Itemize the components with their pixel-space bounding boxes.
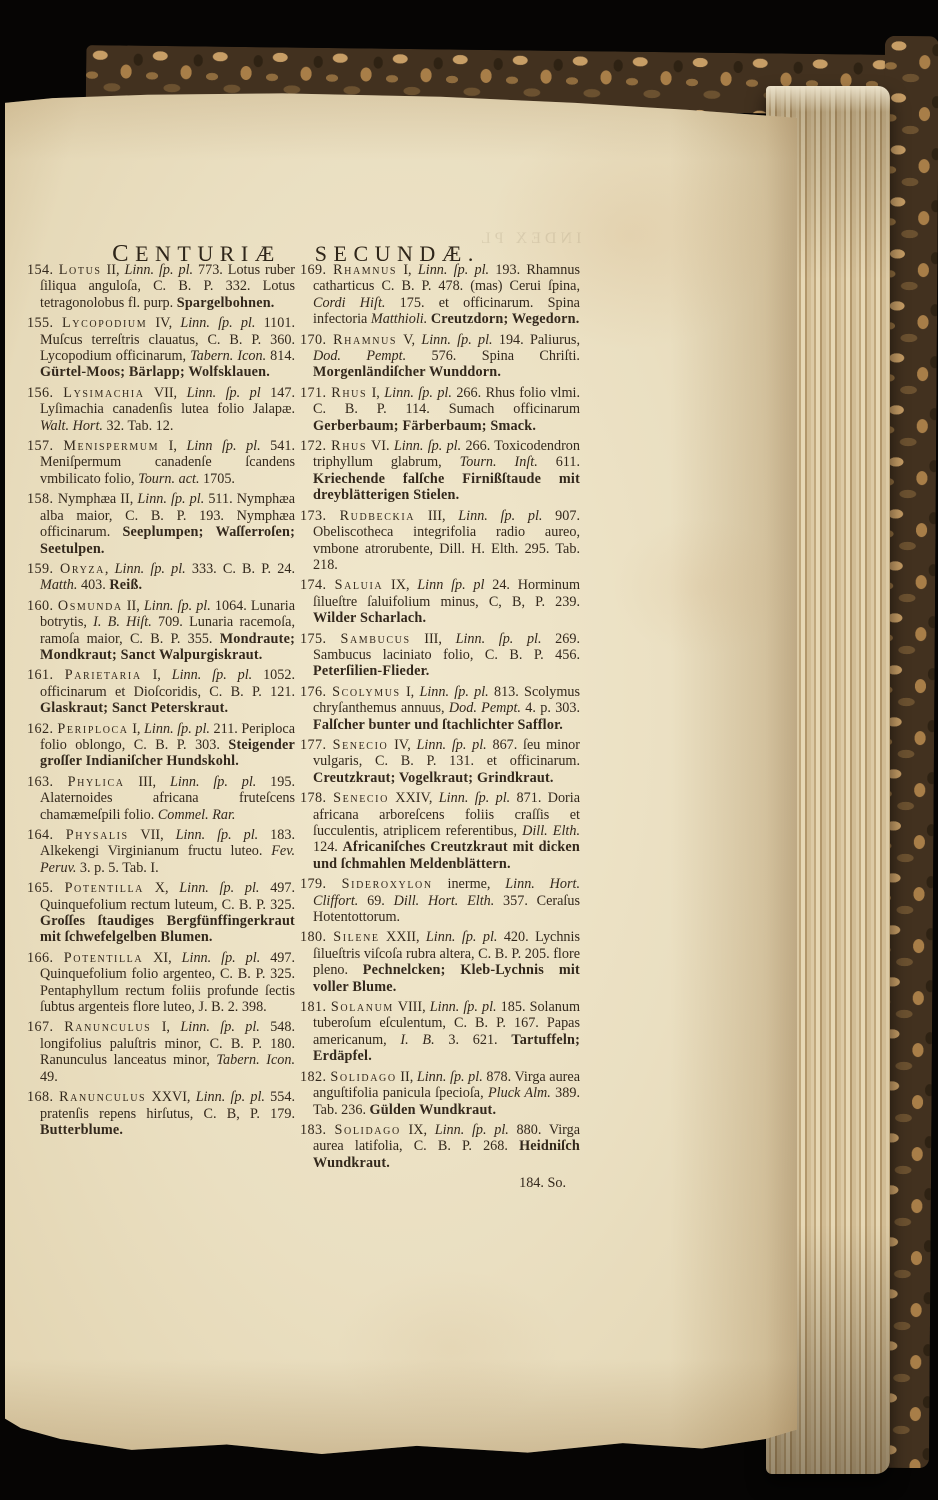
entry-text: XI, (143, 950, 181, 966)
entry-text: Linn. ſp. pl. (439, 790, 510, 806)
entry-text: Scolymus (332, 684, 401, 700)
entry-text: I, (129, 721, 144, 737)
entry-text: Potentilla (65, 880, 144, 896)
entry-text: Tabern. Icon. (216, 1052, 295, 1068)
entry-text: I, (142, 667, 172, 683)
entry-number: 175. (300, 631, 340, 647)
index-entry: 167. Ranunculus I, Linn. ſp. pl. 548. lo… (27, 1019, 295, 1085)
entry-text: Linn. ſp. pl. (419, 684, 488, 700)
entry-number: 178. (300, 790, 333, 806)
left-column: 154. Lotus II, Linn. ſp. pl. 773. Lotus … (27, 262, 295, 1142)
entry-text: Creutzdorn; Wegedorn. (431, 311, 580, 327)
entry-number: 177. (300, 737, 333, 753)
entry-number: 179. (300, 876, 342, 892)
entry-text: Lotus (59, 262, 102, 278)
entry-text: II, (123, 598, 144, 614)
entry-text: Tabern. Icon. (190, 348, 266, 364)
entry-text: Senecio (333, 790, 389, 806)
entry-text: 814. (266, 348, 295, 364)
entry-text: XXIV, (389, 790, 439, 806)
entry-text: Ranunculus (64, 1019, 151, 1035)
entry-text: 333. C. B. P. 24. (186, 561, 295, 577)
index-entry: 168. Ranunculus XXVI, Linn. ſp. pl. 554.… (27, 1089, 295, 1138)
entry-text: Lycopodium (62, 315, 147, 331)
entry-text: Linn. ſp. pl. (124, 262, 193, 278)
entry-text: I, (401, 684, 420, 700)
entry-text: Menispermum (63, 438, 159, 454)
entry-text: Linn. ſp. pl. (172, 667, 252, 683)
entry-text: Linn ſp. pl (417, 577, 484, 593)
entry-number: 155. (27, 315, 62, 331)
entry-number: 154. (27, 262, 59, 278)
entry-text: 49. (40, 1069, 58, 1085)
page-stain (605, 512, 795, 662)
entry-text: I, (367, 385, 384, 401)
entry-text: IV, (147, 315, 180, 331)
entry-number: 160. (27, 598, 58, 614)
index-entry: 156. Lysimachia VII, Linn. ſp. pl 147. L… (27, 385, 295, 434)
entry-text: 611. (538, 454, 580, 470)
entry-text: Linn. ſp. pl. (179, 880, 259, 896)
entry-text: Matth. (40, 577, 77, 593)
right-column: 169. Rhamnus I, Linn. ſp. pl. 193. Rhamn… (300, 262, 580, 1192)
entry-text: Wilder Scharlach. (313, 610, 426, 626)
entry-text: Oryza (60, 561, 105, 577)
entry-text: Linn. ſp. pl. (384, 385, 452, 401)
index-entry: 162. Periploca I, Linn. ſp. pl. 211. Per… (27, 721, 295, 770)
entry-text: inerme, (433, 876, 506, 892)
index-entry: 179. Sideroxylon inerme, Linn. Hort. Cli… (300, 876, 580, 925)
entry-text: Rhus (331, 438, 367, 454)
entry-text: III, (125, 774, 170, 790)
entry-text: Butterblume. (40, 1122, 123, 1138)
entry-text: Parietaria (65, 667, 142, 683)
entry-text: Walt. Hort. (40, 418, 103, 434)
entry-number: 176. (300, 684, 332, 700)
entry-number: 183. (300, 1122, 335, 1138)
entry-text: VII, (145, 385, 187, 401)
entry-text: 403. (77, 577, 109, 593)
entry-text: Linn. ſp. pl. (421, 332, 492, 348)
entry-number: 162. (27, 721, 57, 737)
index-entry: 159. Oryza, Linn. ſp. pl. 333. C. B. P. … (27, 561, 295, 594)
entry-text: Linn. ſp. pl. (144, 598, 211, 614)
entry-number: 173. (300, 508, 340, 524)
entry-text: Linn. ſp. pl. (180, 315, 255, 331)
entry-number: 163. (27, 774, 68, 790)
entry-text: Linn ſp. pl. (186, 438, 260, 454)
entry-text: Solanum (331, 999, 394, 1015)
entry-text: Solidago (330, 1069, 396, 1085)
entry-text: I, (397, 262, 418, 278)
entry-text: Linn. ſp. pl. (426, 929, 498, 945)
entry-text: Linn. ſp. pl. (180, 1019, 259, 1035)
entry-text: Linn. ſp. pl. (170, 774, 256, 790)
entry-text: X, (144, 880, 179, 896)
entry-text: Phylica (68, 774, 125, 790)
entry-text: Glaskraut; Sanct Peterskraut. (40, 700, 228, 716)
book-photo: INDEX PL CENTURIÆ SECUNDÆ. 154. Lotus II… (0, 0, 938, 1500)
entry-text: Linn. ſp. pl. (435, 1122, 509, 1138)
entry-text: I, (159, 438, 186, 454)
entry-text: Physalis (66, 827, 129, 843)
entry-text: Dod. Pempt. (313, 348, 406, 364)
entry-text: Ranunculus (59, 1089, 146, 1105)
entry-text: 576. Spina Chriſti. (406, 348, 580, 364)
entry-text: , (105, 561, 115, 577)
entry-text: Sideroxylon (342, 876, 433, 892)
entry-text: XXII, (380, 929, 426, 945)
entry-text: Rhamnus (333, 262, 397, 278)
entry-text: 4. p. 303. (521, 700, 580, 716)
entry-text: IX, (383, 577, 417, 593)
entry-text: Linn. ſp. pl. (456, 631, 542, 647)
entry-text: Falſcher bunter und ſtachlichter Safflor… (313, 717, 563, 733)
index-entry: 163. Phylica III, Linn. ſp. pl. 195. Ala… (27, 774, 295, 823)
entry-number: 182. (300, 1069, 330, 1085)
entry-number: 169. (300, 262, 333, 278)
entry-number: 172. (300, 438, 331, 454)
entry-text: 124. (313, 839, 342, 855)
entry-text: 32. Tab. 12. (103, 418, 173, 434)
entry-number: 170. (300, 332, 333, 348)
entry-number: 171. (300, 385, 331, 401)
entry-text: Dill. Elth. (522, 823, 580, 839)
entry-text: Linn. ſp. pl. (418, 262, 489, 278)
entry-text: Linn. ſp. pl. (417, 1069, 483, 1085)
entry-text: Osmunda (58, 598, 123, 614)
book-page: INDEX PL CENTURIÆ SECUNDÆ. 154. Lotus II… (5, 92, 797, 1454)
entry-text: VIII, (394, 999, 430, 1015)
entry-number: 159. (27, 561, 60, 577)
entry-text: Linn. ſp. pl. (196, 1089, 265, 1105)
index-entry: 154. Lotus II, Linn. ſp. pl. 773. Lotus … (27, 262, 295, 311)
entry-text: 69. (358, 893, 393, 909)
entry-number: 165. (27, 880, 65, 896)
entry-text: IX, (401, 1122, 435, 1138)
entry-text: Saluia (335, 577, 384, 593)
entry-text: 3. 621. (435, 1032, 512, 1048)
entry-text: Reiß. (109, 577, 142, 593)
entry-text: Gülden Wundkraut. (370, 1102, 497, 1118)
entry-text: Kriechende falſche Firnißſtaude mit drey… (313, 471, 580, 503)
entry-text: Commel. Rar. (158, 807, 236, 823)
entry-text: Cordi Hiſt. (313, 295, 385, 311)
entry-text: Rhamnus (333, 332, 397, 348)
entry-number: 180. (300, 929, 333, 945)
entry-text: Gerberbaum; Färberbaum; Smack. (313, 418, 536, 434)
index-entry: 169. Rhamnus I, Linn. ſp. pl. 193. Rhamn… (300, 262, 580, 328)
entry-text: Linn. ſp. pl. (144, 721, 210, 737)
entry-text: Gürtel-Moos; Bärlapp; Wolfsklauen. (40, 364, 270, 380)
index-entry: 157. Menispermum I, Linn ſp. pl. 541. Me… (27, 438, 295, 487)
entry-text: Nymphæa II, (58, 491, 137, 507)
index-entry: 166. Potentilla XI, Linn. ſp. pl. 497. Q… (27, 950, 295, 1016)
entry-text: Linn. ſp. pl. (394, 438, 461, 454)
index-entry: 158. Nymphæa II, Linn. ſp. pl. 511. Nymp… (27, 491, 295, 557)
entry-text: VI. (367, 438, 394, 454)
entry-text: Lysimachia (63, 385, 144, 401)
entry-text: Dod. Pempt. (449, 700, 521, 716)
entry-text: Linn. ſp. pl. (182, 950, 261, 966)
entry-text: 1705. (200, 471, 235, 487)
index-entry: 177. Senecio IV, Linn. ſp. pl. 867. ſeu … (300, 737, 580, 786)
index-entry: 165. Potentilla X, Linn. ſp. pl. 497. Qu… (27, 880, 295, 946)
entry-text: Creutzkraut; Vogelkraut; Grindkraut. (313, 770, 554, 786)
entry-text: Peterſilien-Flieder. (313, 663, 430, 679)
index-entry: 183. Solidago IX, Linn. ſp. pl. 880. Vir… (300, 1122, 580, 1171)
entry-text: Dill. Hort. Elth. (394, 893, 495, 909)
page-stain (325, 1262, 575, 1432)
entry-text: Potentilla (64, 950, 143, 966)
entry-text: 194. Paliurus, (493, 332, 580, 348)
index-entry: 155. Lycopodium IV, Linn. ſp. pl. 1101. … (27, 315, 295, 381)
entry-number: 161. (27, 667, 65, 683)
entry-text: Linn. ſp. pl (187, 385, 261, 401)
entry-text: Linn. ſp. pl. (417, 737, 487, 753)
index-entry: 174. Saluia IX, Linn ſp. pl 24. Horminum… (300, 577, 580, 626)
entry-number: 166. (27, 950, 64, 966)
entry-text: Linn. ſp. pl. (430, 999, 497, 1015)
entry-text: IV, (388, 737, 416, 753)
index-entry: 175. Sambucus III, Linn. ſp. pl. 269. Sa… (300, 631, 580, 680)
entry-number: 164. (27, 827, 66, 843)
entry-number: 181. (300, 999, 331, 1015)
entry-number: 157. (27, 438, 63, 454)
entry-number: 167. (27, 1019, 64, 1035)
index-entry: 170. Rhamnus V, Linn. ſp. pl. 194. Paliu… (300, 332, 580, 381)
entry-text: XXVI, (146, 1089, 196, 1105)
entry-number: 174. (300, 577, 335, 593)
entry-text: I, (151, 1019, 180, 1035)
entry-text: Matthioli. (371, 311, 427, 327)
index-entry: 164. Physalis VII, Linn. ſp. pl. 183. Al… (27, 827, 295, 876)
entry-text: Periploca (57, 721, 128, 737)
entry-text: Linn. ſp. pl. (115, 561, 186, 577)
entry-text: Tourn. act. (138, 471, 199, 487)
entry-text: Rudbeckia (340, 508, 416, 524)
index-entry: 161. Parietaria I, Linn. ſp. pl. 1052. o… (27, 667, 295, 716)
entry-text: Spargelbohnen. (177, 295, 275, 311)
index-entry: 180. Silene XXII, Linn. ſp. pl. 420. Lyc… (300, 929, 580, 995)
index-entry: 173. Rudbeckia III, Linn. ſp. pl. 907. O… (300, 508, 580, 574)
catchword: 184. So. (300, 1175, 580, 1191)
entry-text: I. B. Hiſt. (93, 614, 152, 630)
entry-text: Linn. ſp. pl. (458, 508, 542, 524)
index-entry: 176. Scolymus I, Linn. ſp. pl. 813. Scol… (300, 684, 580, 733)
entry-text: VII, (129, 827, 176, 843)
entry-text: Pluck Alm. (488, 1085, 551, 1101)
entry-number: 156. (27, 385, 63, 401)
index-entry: 160. Osmunda II, Linn. ſp. pl. 1064. Lun… (27, 598, 295, 664)
entry-text: Linn. ſp. pl. (176, 827, 259, 843)
entry-text: Solidago (335, 1122, 401, 1138)
entry-text: V, (397, 332, 421, 348)
index-entry: 182. Solidago II, Linn. ſp. pl. 878. Vir… (300, 1069, 580, 1118)
entry-text: I. B. (400, 1032, 434, 1048)
index-entry: 178. Senecio XXIV, Linn. ſp. pl. 871. Do… (300, 790, 580, 872)
entry-text: III, (411, 631, 456, 647)
entry-number: 168. (27, 1089, 59, 1105)
entry-text: Morgenländiſcher Wunddorn. (313, 364, 501, 380)
entry-text: Rhus (331, 385, 367, 401)
entry-text: Sambucus (340, 631, 410, 647)
entry-text: III, (415, 508, 458, 524)
entry-number: 158. (27, 491, 58, 507)
index-entry: 172. Rhus VI. Linn. ſp. pl. 266. Toxicod… (300, 438, 580, 504)
entry-text: Silene (333, 929, 379, 945)
entry-text: Africaniſches Creutzkraut mit dicken und… (313, 839, 580, 871)
entry-text: Tourn. Inſt. (460, 454, 538, 470)
index-entry: 181. Solanum VIII, Linn. ſp. pl. 185. So… (300, 999, 580, 1065)
entry-text: II, (397, 1069, 417, 1085)
entry-text: II, (102, 262, 125, 278)
entry-text: Senecio (333, 737, 389, 753)
entry-text: 3. p. 5. Tab. I. (76, 860, 158, 876)
entry-text: Groſſes ſtaudiges Bergfünffingerkraut mi… (40, 913, 295, 945)
index-entry: 171. Rhus I, Linn. ſp. pl. 266. Rhus fol… (300, 385, 580, 434)
entry-text: Linn. ſp. pl. (137, 491, 204, 507)
